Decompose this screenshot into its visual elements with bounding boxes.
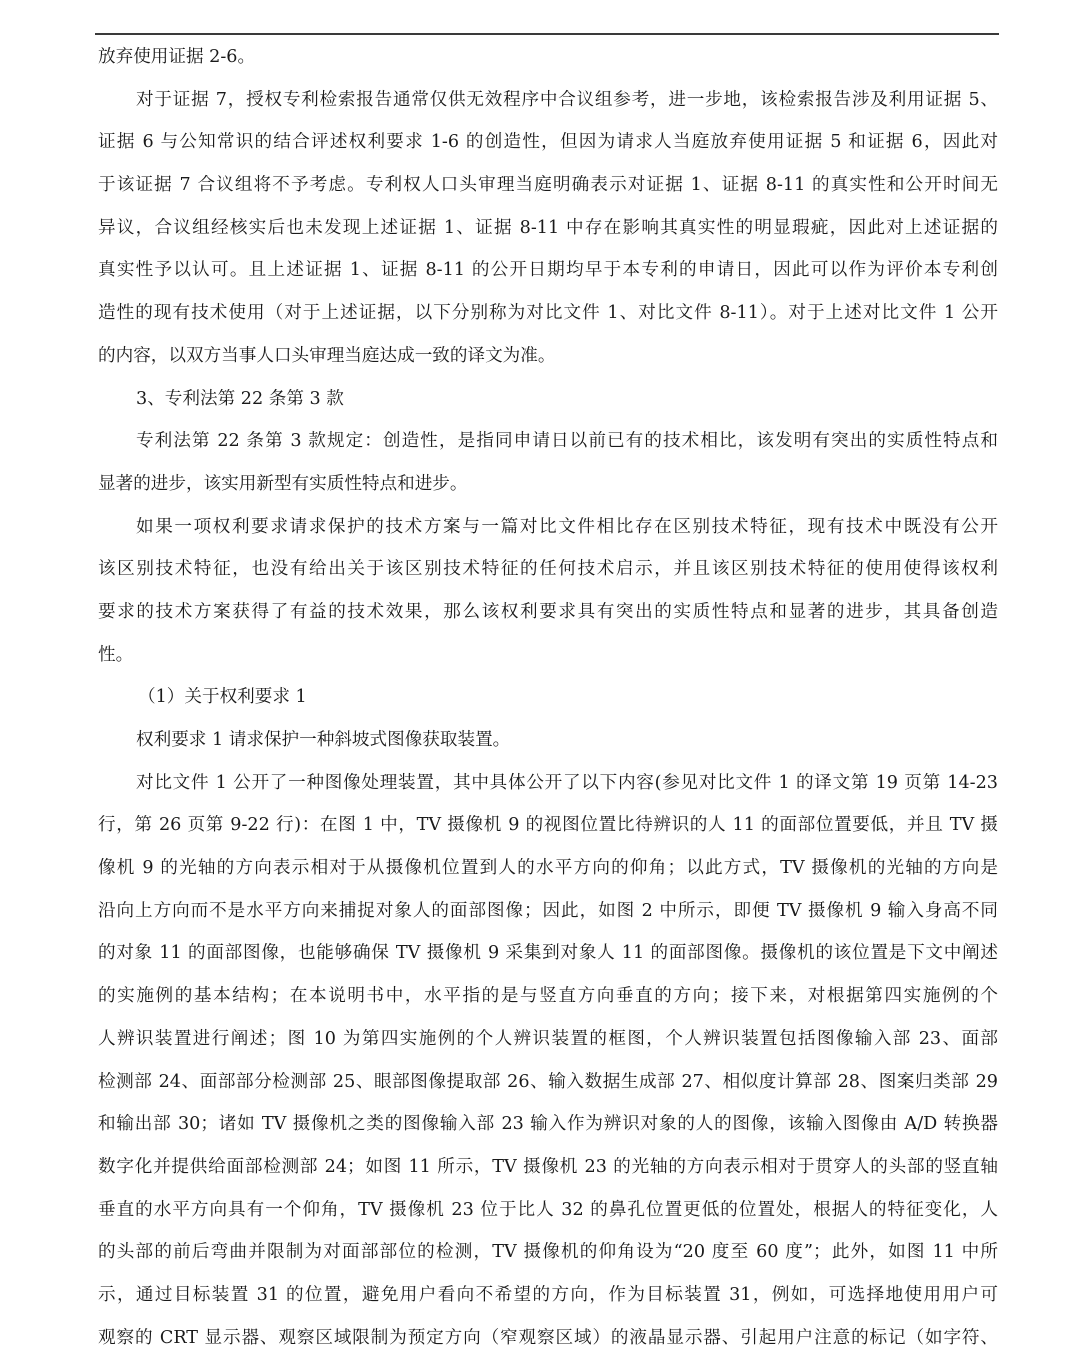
text-line: 于该证据 7 合议组将不予考虑。专利权人口头审理当庭明确表示对证据 1、证据 8… — [98, 164, 998, 207]
subsection-heading: （1）关于权利要求 1 — [98, 676, 998, 719]
text-line: 权利要求 1 请求保护一种斜坡式图像获取装置。 — [98, 719, 998, 762]
text-line: 和输出部 30；诸如 TV 摄像机之类的图像输入部 23 输入作为辨识对象的人的… — [98, 1103, 998, 1146]
text-line: 对于证据 7，授权专利检索报告通常仅供无效程序中合议组参考，进一步地，该检索报告… — [98, 79, 998, 122]
text-line: 数字化并提供给面部检测部 24；如图 11 所示，TV 摄像机 23 的光轴的方… — [98, 1146, 998, 1189]
text-line: 示，通过目标装置 31 的位置，避免用户看向不希望的方向，作为目标装置 31，例… — [98, 1274, 998, 1317]
text-line: 的头部的前后弯曲并限制为对面部部位的检测，TV 摄像机的仰角设为“20 度至 6… — [98, 1231, 998, 1274]
text-line: 证据 6 与公知常识的结合评述权利要求 1-6 的创造性，但因为请求人当庭放弃使… — [98, 121, 998, 164]
text-line: 观察的 CRT 显示器、观察区域限制为预定方向（窄观察区域）的液晶显示器、引起用… — [98, 1317, 998, 1360]
text-line: 如果一项权利要求请求保护的技术方案与一篇对比文件相比存在区别技术特征，现有技术中… — [98, 506, 998, 549]
text-line: 垂直的水平方向具有一个仰角，TV 摄像机 23 位于比人 32 的鼻孔位置更低的… — [98, 1189, 998, 1232]
text-line: 性。 — [98, 634, 998, 677]
text-line: 显著的进步，该实用新型有实质性特点和进步。 — [98, 463, 998, 506]
document-body: 放弃使用证据 2-6。 对于证据 7，授权专利检索报告通常仅供无效程序中合议组参… — [98, 36, 998, 1359]
text-line: 行，第 26 页第 9-22 行)：在图 1 中，TV 摄像机 9 的视图位置比… — [98, 804, 998, 847]
text-line: 对比文件 1 公开了一种图像处理装置，其中具体公开了以下内容(参见对比文件 1 … — [98, 762, 998, 805]
text-line: 的内容，以双方当事人口头审理当庭达成一致的译文为准。 — [98, 335, 998, 378]
text-line: 的对象 11 的面部图像，也能够确保 TV 摄像机 9 采集到对象人 11 的面… — [98, 932, 998, 975]
section-heading: 3、专利法第 22 条第 3 款 — [98, 378, 998, 421]
header-rule — [95, 33, 999, 35]
text-line: 检测部 24、面部部分检测部 25、眼部图像提取部 26、输入数据生成部 27、… — [98, 1061, 998, 1104]
text-line: 真实性予以认可。且上述证据 1、证据 8-11 的公开日期均早于本专利的申请日，… — [98, 249, 998, 292]
text-line: 异议，合议组经核实后也未发现上述证据 1、证据 8-11 中存在影响其真实性的明… — [98, 207, 998, 250]
text-line: 专利法第 22 条第 3 款规定：创造性，是指同申请日以前已有的技术相比，该发明… — [98, 420, 998, 463]
text-line: 放弃使用证据 2-6。 — [98, 36, 998, 79]
text-line: 沿向上方向而不是水平方向来捕捉对象人的面部图像；因此，如图 2 中所示，即便 T… — [98, 890, 998, 933]
text-line: 人辨识装置进行阐述；图 10 为第四实施例的个人辨识装置的框图，个人辨识装置包括… — [98, 1018, 998, 1061]
text-line: 像机 9 的光轴的方向表示相对于从摄像机位置到人的水平方向的仰角；以此方式，TV… — [98, 847, 998, 890]
text-line: 的实施例的基本结构；在本说明书中，水平指的是与竖直方向垂直的方向；接下来，对根据… — [98, 975, 998, 1018]
text-line: 该区别技术特征，也没有给出关于该区别技术特征的任何技术启示，并且该区别技术特征的… — [98, 548, 998, 591]
text-line: 要求的技术方案获得了有益的技术效果，那么该权利要求具有突出的实质性特点和显著的进… — [98, 591, 998, 634]
text-line: 造性的现有技术使用（对于上述证据，以下分别称为对比文件 1、对比文件 8-11）… — [98, 292, 998, 335]
